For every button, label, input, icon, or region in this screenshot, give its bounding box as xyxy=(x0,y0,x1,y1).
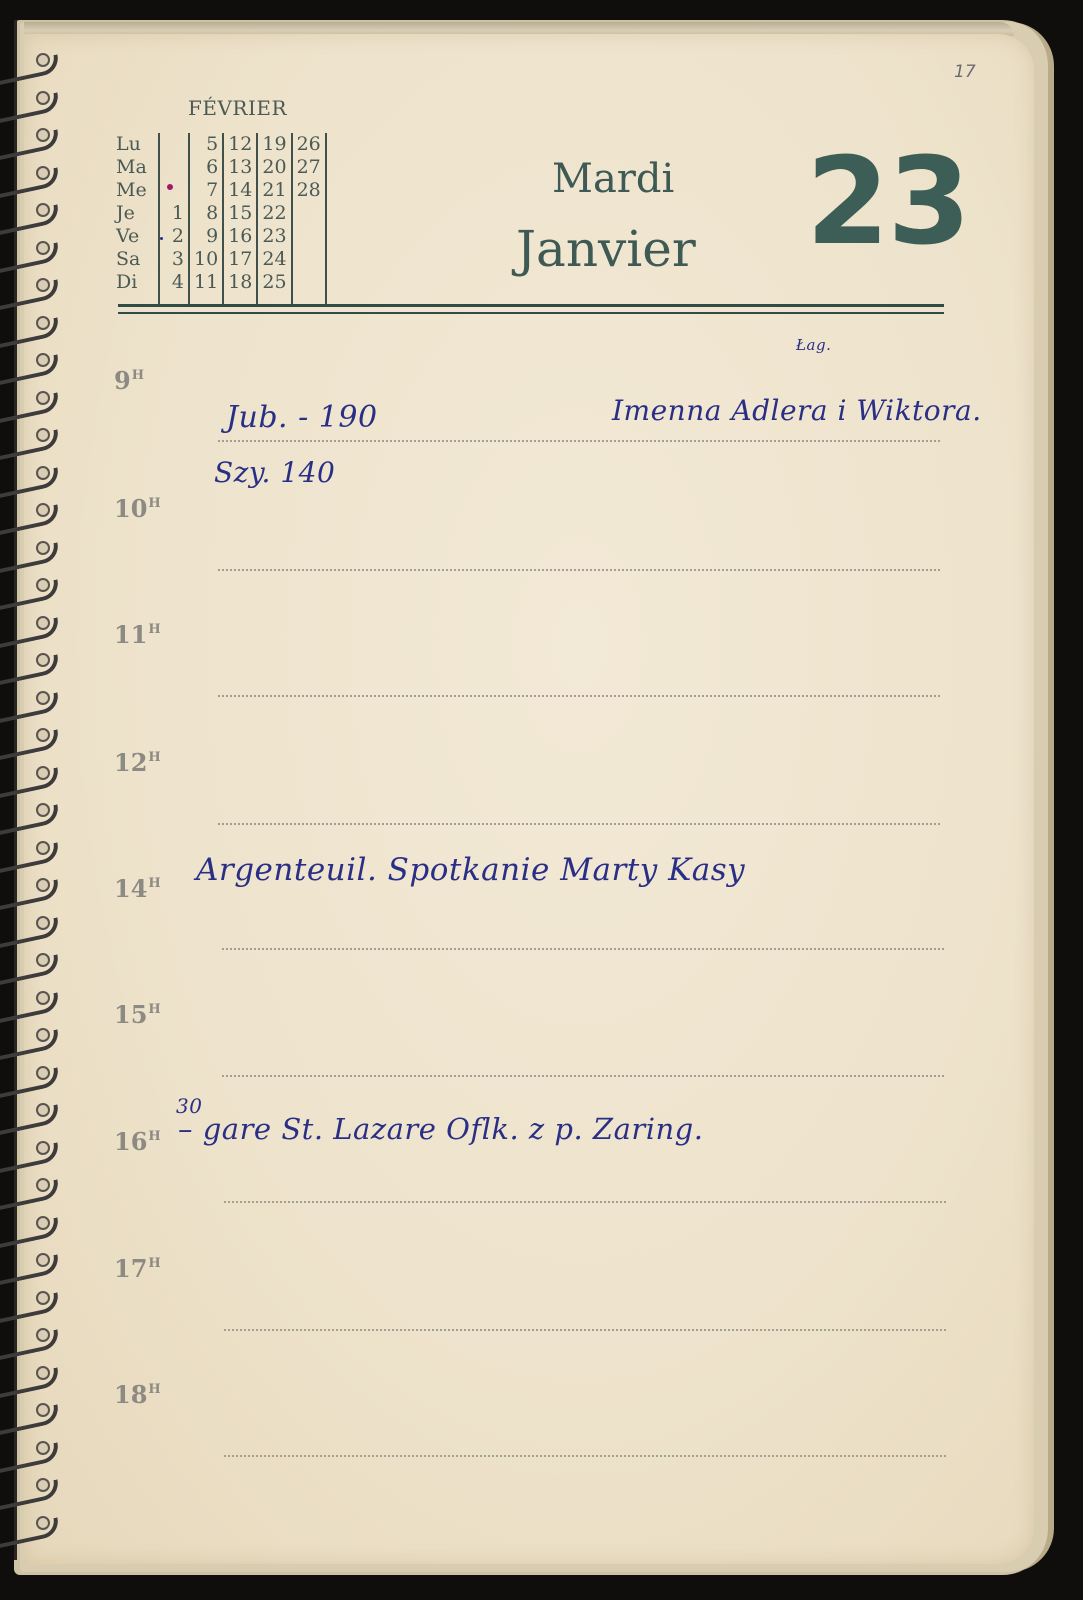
mini-calendar-date: 26 xyxy=(292,133,326,156)
spiral-coil xyxy=(0,130,62,156)
mini-calendar-date: 4 xyxy=(159,271,189,294)
spiral-coil xyxy=(0,730,62,756)
spiral-coil xyxy=(0,618,62,644)
spiral-coil xyxy=(0,168,62,194)
mini-calendar-date xyxy=(292,225,326,248)
hour-label-18: 18H xyxy=(114,1380,161,1409)
handwritten-superscript-9: Łag. xyxy=(796,336,831,354)
spiral-coil xyxy=(0,1293,62,1319)
spiral-coil xyxy=(0,580,62,606)
mini-calendar-date: 20 xyxy=(257,156,291,179)
spiral-coil xyxy=(0,693,62,719)
mini-calendar-dayname: Sa xyxy=(116,248,159,271)
mini-calendar-date xyxy=(159,179,189,202)
spiral-coil xyxy=(0,1180,62,1206)
spiral-coil xyxy=(0,1218,62,1244)
hour-label-15: 15H xyxy=(114,1000,161,1029)
mini-calendar-date: 2 xyxy=(159,225,189,248)
mini-calendar-date: 28 xyxy=(292,179,326,202)
spiral-coil xyxy=(0,1405,62,1431)
hour-label-12: 12H xyxy=(114,748,161,777)
day-number: 23 xyxy=(806,138,969,268)
handwritten-entry-9-line2: Szy. 140 xyxy=(214,456,335,489)
spiral-coil xyxy=(0,55,62,81)
header-rule-bottom xyxy=(118,312,944,314)
mini-calendar-date: 18 xyxy=(223,271,257,294)
mini-calendar-date: 16 xyxy=(223,225,257,248)
mini-calendar-dayname: Di xyxy=(116,271,159,294)
weekday-label: Mardi xyxy=(552,156,674,202)
mini-calendar-date: 27 xyxy=(292,156,326,179)
mini-calendar-date xyxy=(292,271,326,294)
mini-calendar-dayname: Lu xyxy=(116,133,159,156)
mini-calendar-date: 12 xyxy=(223,133,257,156)
mini-calendar: Lu5121926Ma6132027Me7142128Je181522Ve291… xyxy=(116,133,327,306)
spiral-coil xyxy=(0,205,62,231)
spiral-coil xyxy=(0,1068,62,1094)
mini-calendar-date: 1 xyxy=(159,202,189,225)
spiral-coil xyxy=(0,1255,62,1281)
handwritten-entry-9-right: Imenna Adlera i Wiktora. xyxy=(612,394,982,427)
spiral-coil xyxy=(0,93,62,119)
mini-calendar-date xyxy=(159,156,189,179)
mini-calendar-date: 9 xyxy=(189,225,223,248)
mini-calendar-date xyxy=(292,202,326,225)
mini-calendar-row: Lu5121926 xyxy=(116,133,326,156)
hour-label-16: 16H xyxy=(114,1127,161,1156)
hour-label-10: 10H xyxy=(114,494,161,523)
spiral-coil xyxy=(0,1105,62,1131)
mini-calendar-date: 22 xyxy=(257,202,291,225)
mini-calendar-date: 6 xyxy=(189,156,223,179)
spiral-coil xyxy=(0,805,62,831)
handwritten-entry-9-line1: Jub. - 190 xyxy=(226,400,378,435)
spiral-coil xyxy=(0,318,62,344)
spiral-coil xyxy=(0,655,62,681)
mini-calendar-date: 21 xyxy=(257,179,291,202)
hour-label-11: 11H xyxy=(114,620,161,649)
spiral-coil xyxy=(0,468,62,494)
mini-calendar-date: 10 xyxy=(189,248,223,271)
hour-line-12 xyxy=(218,823,940,825)
mini-calendar-date xyxy=(292,248,326,271)
mini-calendar-dayname: Me xyxy=(116,179,159,202)
hour-line-16 xyxy=(224,1201,946,1203)
mini-calendar-date: 14 xyxy=(223,179,257,202)
spiral-coil xyxy=(0,243,62,269)
spiral-coil xyxy=(0,880,62,906)
mini-calendar-row: Ve291623 xyxy=(116,225,326,248)
handwritten-entry-14: Argenteuil. Spotkanie Marty Kasy xyxy=(196,852,745,888)
page-number: 17 xyxy=(954,62,976,82)
mini-calendar-date: 13 xyxy=(223,156,257,179)
month-label: Janvier xyxy=(516,220,696,278)
mini-calendar-date: 3 xyxy=(159,248,189,271)
spiral-coil xyxy=(0,280,62,306)
mini-calendar-month: FÉVRIER xyxy=(188,96,287,120)
mini-calendar-row: Me7142128 xyxy=(116,179,326,202)
header-rule-top xyxy=(118,304,944,307)
handwritten-entry-16: – gare St. Lazare Oflk. z p. Zaring. xyxy=(178,1112,703,1146)
spiral-coil xyxy=(0,843,62,869)
ink-mark-blue xyxy=(160,237,163,240)
mini-calendar-date xyxy=(159,133,189,156)
spiral-coil xyxy=(0,355,62,381)
hour-label-14: 14H xyxy=(114,874,161,903)
spiral-binding xyxy=(0,55,70,1555)
mini-calendar-row: Sa3101724 xyxy=(116,248,326,271)
ink-mark-magenta xyxy=(167,184,173,190)
hour-line-11 xyxy=(218,695,940,697)
spiral-coil xyxy=(0,1030,62,1056)
hour-label-17: 17H xyxy=(114,1254,161,1283)
spiral-coil xyxy=(0,1480,62,1506)
mini-calendar-date: 25 xyxy=(257,271,291,294)
spiral-coil xyxy=(0,543,62,569)
mini-calendar-date: 15 xyxy=(223,202,257,225)
mini-calendar-date: 7 xyxy=(189,179,223,202)
spiral-coil xyxy=(0,1368,62,1394)
mini-calendar-dayname: Je xyxy=(116,202,159,225)
mini-calendar-row: Ma6132027 xyxy=(116,156,326,179)
mini-calendar-date: 8 xyxy=(189,202,223,225)
mini-calendar-date: 5 xyxy=(189,133,223,156)
hour-line-17 xyxy=(224,1329,946,1331)
spiral-coil xyxy=(0,1518,62,1544)
spiral-coil xyxy=(0,393,62,419)
spiral-coil xyxy=(0,430,62,456)
spiral-coil xyxy=(0,955,62,981)
spiral-coil xyxy=(0,505,62,531)
mini-calendar-date: 23 xyxy=(257,225,291,248)
mini-calendar-dayname: Ma xyxy=(116,156,159,179)
spiral-coil xyxy=(0,1143,62,1169)
hour-line-18 xyxy=(224,1455,946,1457)
mini-calendar-date: 19 xyxy=(257,133,291,156)
mini-calendar-date: 11 xyxy=(189,271,223,294)
spiral-coil xyxy=(0,768,62,794)
hour-line-15 xyxy=(222,1075,944,1077)
mini-calendar-row: Je181522 xyxy=(116,202,326,225)
mini-calendar-dayname: Ve xyxy=(116,225,159,248)
spiral-coil xyxy=(0,993,62,1019)
hour-label-9: 9H xyxy=(114,366,144,395)
hour-line-10 xyxy=(218,569,940,571)
hour-line-14 xyxy=(222,948,944,950)
spiral-coil xyxy=(0,918,62,944)
hour-line-9 xyxy=(218,440,940,442)
spiral-coil xyxy=(0,1443,62,1469)
mini-calendar-date: 17 xyxy=(223,248,257,271)
spiral-coil xyxy=(0,1330,62,1356)
mini-calendar-row: Di4111825 xyxy=(116,271,326,294)
mini-calendar-date: 24 xyxy=(257,248,291,271)
